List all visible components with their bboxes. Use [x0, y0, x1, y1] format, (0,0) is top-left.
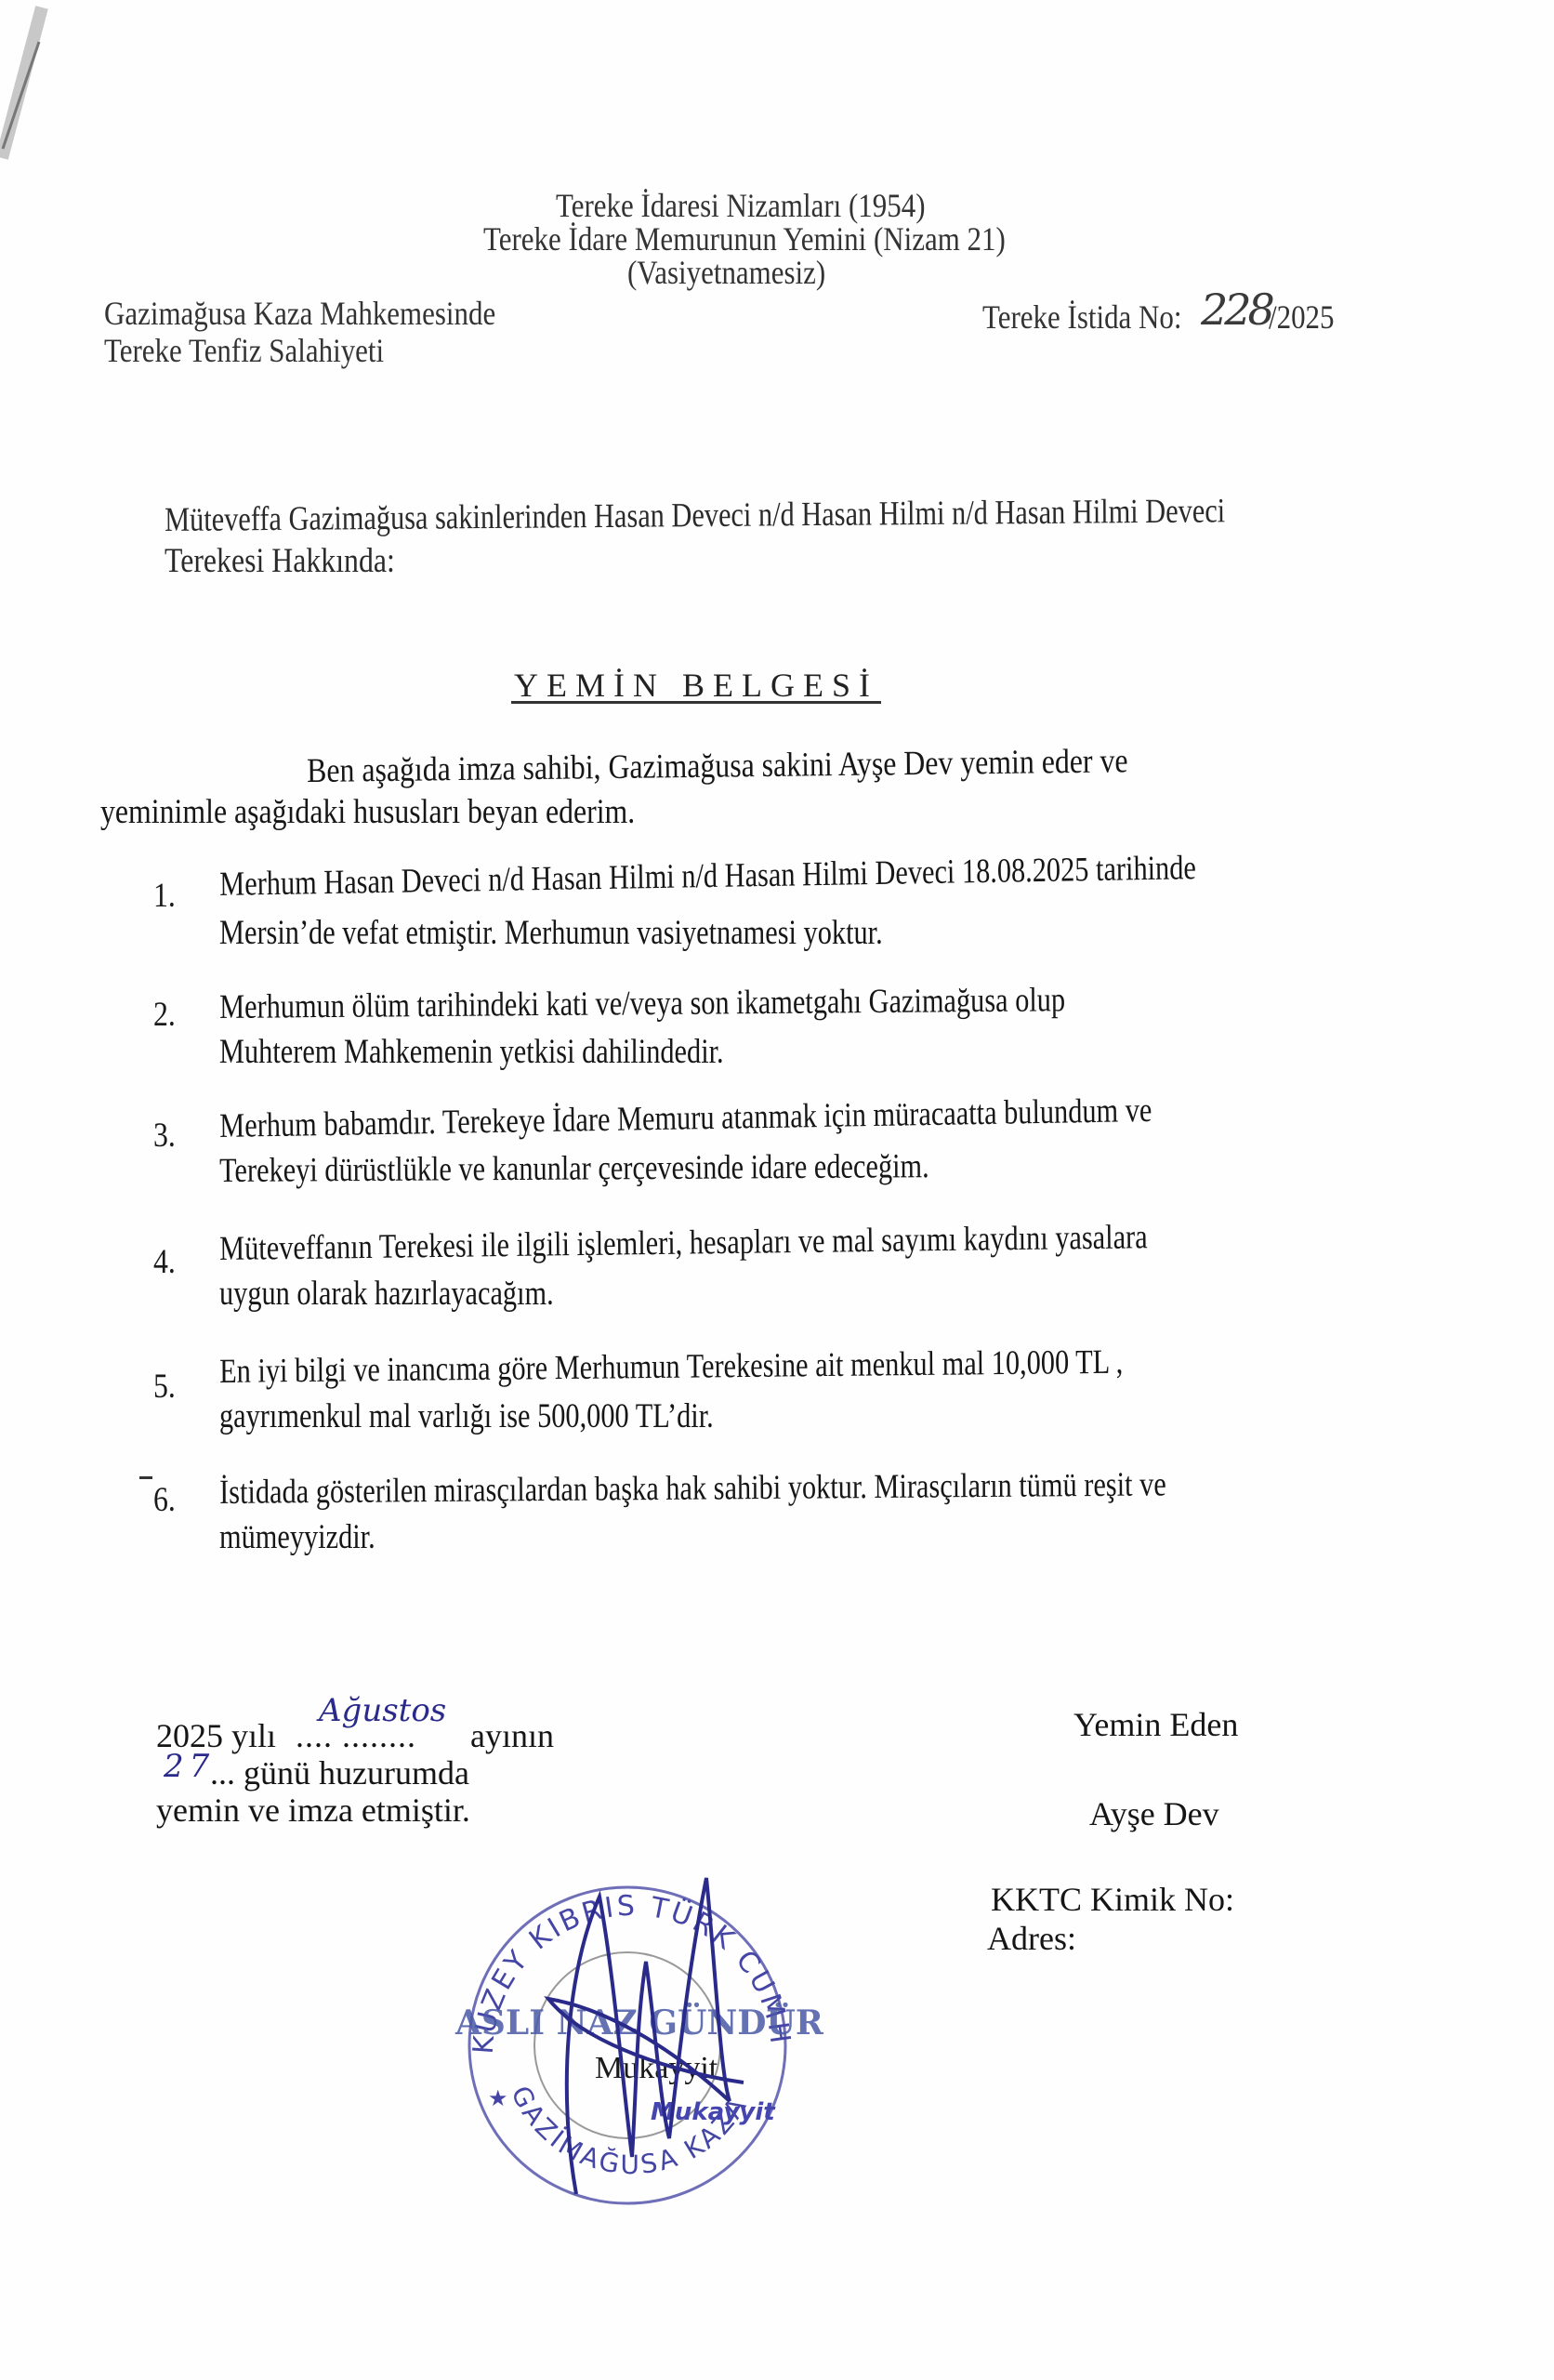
- item-text-line: Merhum Hasan Deveci n/d Hasan Hilmi n/d …: [219, 848, 1196, 905]
- item-text-line: Terekeyi dürüstlükle ve kanunlar çerçeve…: [219, 1146, 929, 1191]
- case-number: Tereke İstida No:: [982, 297, 1214, 337]
- id-number-label: KKTC Kimik No:: [991, 1880, 1234, 1919]
- court-name: Gazimağusa Kaza Mahkemesinde: [104, 294, 495, 333]
- item-text-line: gayrımenkul mal varlığı ise 500,000 TL’d…: [219, 1396, 714, 1436]
- attestation-day-suffix: ... günü huzurumda: [210, 1753, 469, 1792]
- attestation-closing: yemin ve imza etmiştir.: [156, 1791, 470, 1830]
- item-number: 5.: [153, 1367, 176, 1407]
- svg-text:★: ★: [488, 2087, 508, 2111]
- item-text-line: uygun olarak hazırlayacağım.: [219, 1274, 554, 1314]
- regulation-note: (Vasiyetnamesiz): [627, 253, 825, 292]
- item-number: 4.: [153, 1242, 176, 1282]
- intro-line-2: yeminimle aşağıdaki hususları beyan eder…: [100, 792, 635, 832]
- scan-tick-mark: [139, 1476, 152, 1479]
- item-text-line: En iyi bilgi ve inancıma göre Merhumun T…: [219, 1342, 1123, 1392]
- scan-artifact-mark: [0, 0, 56, 186]
- case-number-label: Tereke İstida No:: [982, 297, 1181, 337]
- item-text-line: Muhterem Mahkemenin yetkisi dahilindedir…: [219, 1032, 724, 1072]
- item-text-line: Merhum babamdır. Terekeye İdare Memuru a…: [219, 1091, 1152, 1146]
- attestation-month-handwritten: Ağustos: [319, 1692, 446, 1729]
- item-number: 3.: [153, 1116, 176, 1156]
- item-number: 6.: [153, 1480, 176, 1520]
- case-number-handwritten: 228: [1201, 284, 1271, 335]
- subject-heading: Terekesi Hakkında:: [165, 541, 395, 581]
- attestation-month-suffix: ayının: [470, 1716, 554, 1755]
- title-underline: [511, 701, 881, 704]
- court-seal-icon: KUZEY KIBRIS TÜRK CUMHURİYETİ GAZİMAĞUSA…: [437, 1859, 827, 2213]
- item-number: 1.: [153, 876, 176, 916]
- item-number: 2.: [153, 995, 176, 1035]
- item-text-line: Mersin’de vefat etmiştir. Merhumun vasiy…: [219, 913, 883, 953]
- item-text-line: Müteveffanın Terekesi ile ilgili işlemle…: [219, 1217, 1148, 1269]
- intro-line-1: Ben aşağıda imza sahibi, Gazimağusa saki…: [307, 741, 1128, 791]
- address-label: Adres:: [987, 1919, 1076, 1958]
- court-seal: KUZEY KIBRIS TÜRK CUMHURİYETİ GAZİMAĞUSA…: [437, 1859, 827, 2213]
- item-text-line: Merhumun ölüm tarihindeki kati ve/veya s…: [219, 980, 1065, 1027]
- document-page: Tereke İdaresi Nizamları (1954) Tereke İ…: [0, 0, 1554, 2380]
- item-text-line: mümeyyizdir.: [219, 1517, 375, 1557]
- court-jurisdiction: Tereke Tenfiz Salahiyeti: [104, 331, 384, 370]
- signatory-name: Ayşe Dev: [1089, 1794, 1219, 1833]
- item-text-line: İstidada gösterilen mirasçılardan başka …: [219, 1464, 1166, 1513]
- document-title: YEMİN BELGESİ: [514, 666, 878, 705]
- attestation-day-handwritten: 27: [164, 1748, 215, 1785]
- signatory-label: Yemin Eden: [1073, 1705, 1238, 1744]
- case-year: /2025: [1269, 297, 1335, 337]
- subject-line: Müteveffa Gazimağusa sakinlerinden Hasan…: [165, 491, 1225, 540]
